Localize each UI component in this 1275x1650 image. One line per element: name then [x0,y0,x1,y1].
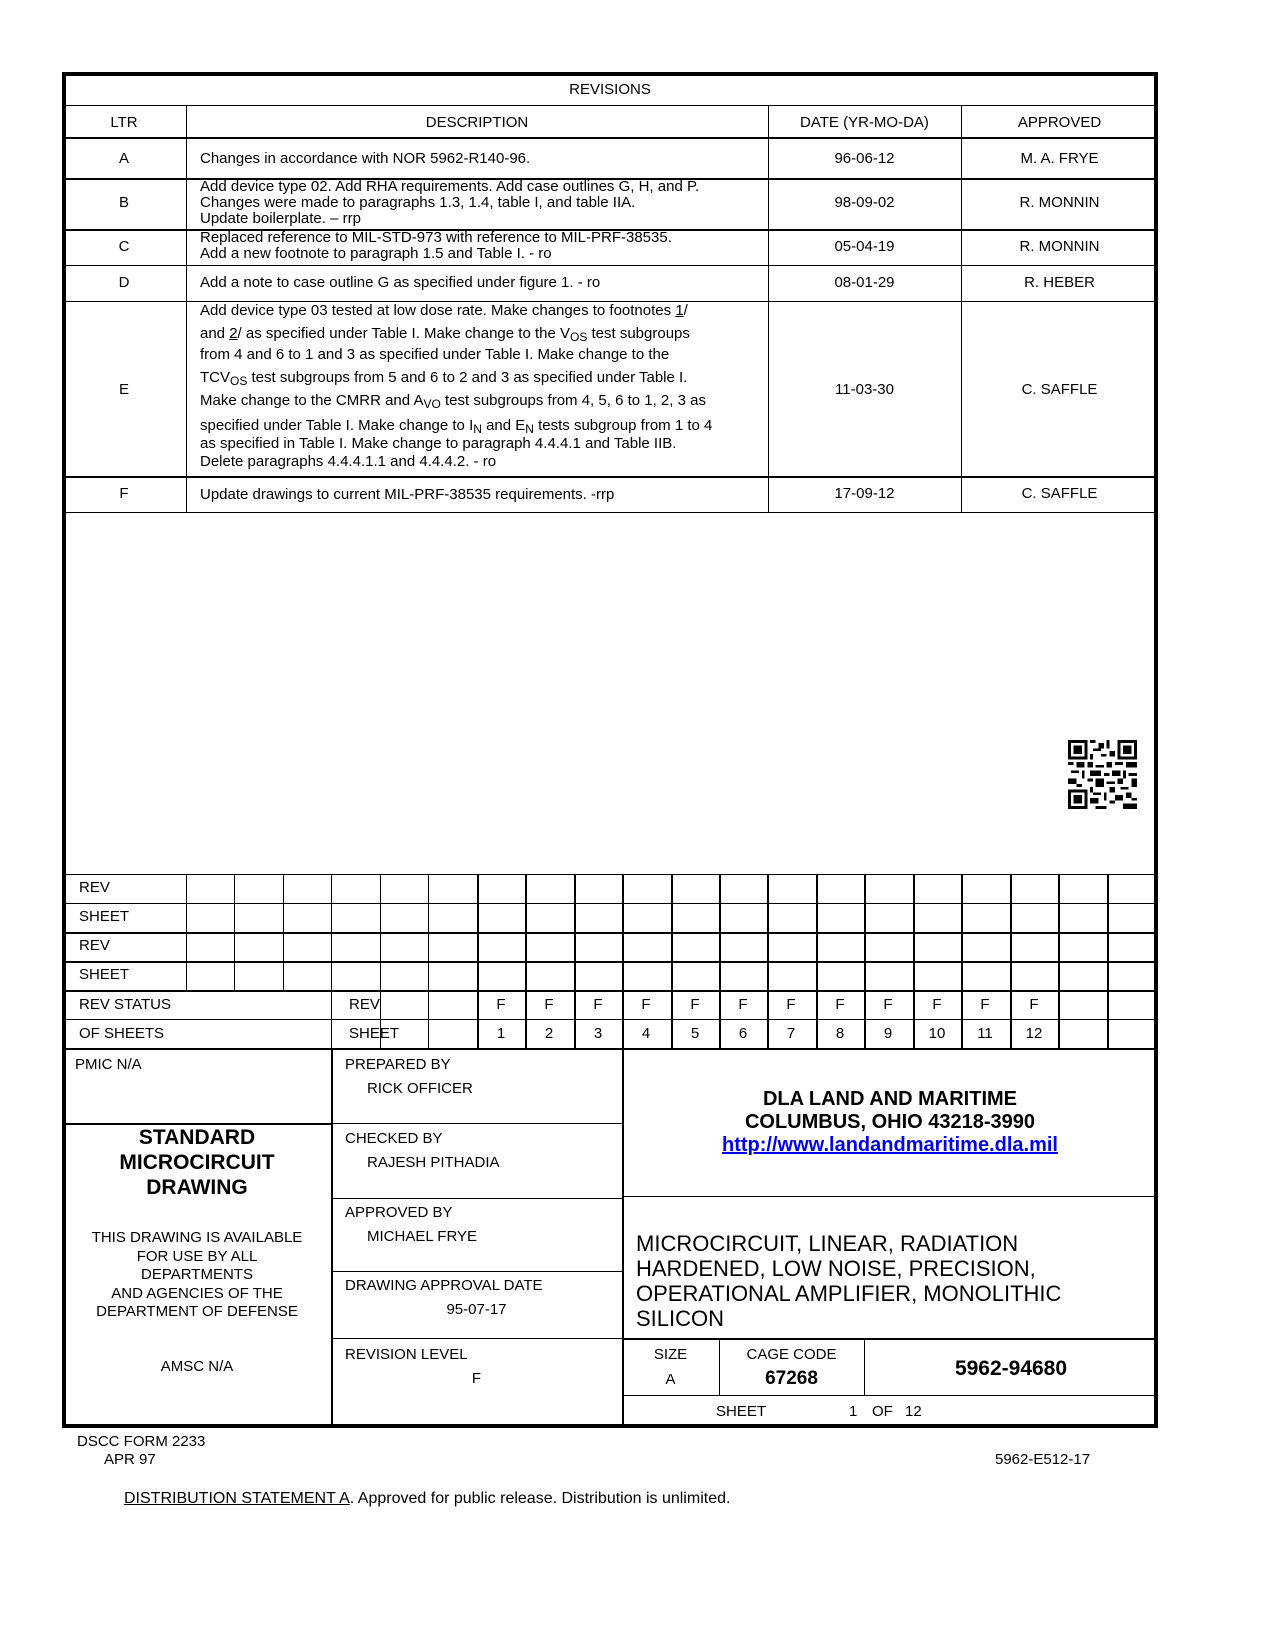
divider [186,105,187,513]
grid-row-label: OF SHEETS [79,1025,164,1043]
sheet-number: 1 [849,1403,857,1421]
rev-status-value: F [816,996,864,1014]
sheet-total: 12 [905,1403,922,1421]
distribution-statement: DISTRIBUTION STATEMENT A. Approved for p… [124,1490,730,1508]
divider [622,1338,1158,1340]
sheet-number-value: 11 [961,1025,1009,1043]
prepared-by-value: RICK OFFICER [367,1080,473,1098]
pmic-label: PMIC N/A [75,1056,142,1074]
revision-date: 96-06-12 [768,150,961,168]
rev-status-value: F [622,996,670,1014]
revision-description-line: Add a new footnote to paragraph 1.5 and … [200,246,672,262]
revision-approver: R. MONNIN [961,194,1158,212]
revision-date: 98-09-02 [768,194,961,212]
document-code: 5962-E512-17 [995,1451,1090,1469]
divider [622,1395,1158,1396]
revision-date: 17-09-12 [768,485,961,503]
divider [525,874,527,1048]
grid-row-label: SHEET [349,1025,399,1043]
divider [62,990,1158,992]
revision-letter: D [62,274,186,292]
revision-description: Update drawings to current MIL-PRF-38535… [200,486,614,504]
rev-status-value: F [477,996,525,1014]
divider [62,961,1158,963]
revision-description-line: Update boilerplate. – rrp [200,211,699,227]
approval-date-value: 95-07-17 [331,1301,622,1319]
checked-by-value: RAJESH PITHADIA [367,1154,500,1172]
qr-code-icon [1068,740,1137,809]
header-description: DESCRIPTION [186,114,768,132]
divider [62,137,1158,139]
approved-by-value: MICHAEL FRYE [367,1228,477,1246]
revision-letter: F [62,485,186,503]
sheet-number-value: 2 [525,1025,573,1043]
grid-row-label: SHEET [79,966,129,984]
divider [816,874,818,1048]
sheet-number-value: 1 [477,1025,525,1043]
divider [767,874,769,1048]
agency-website-link[interactable]: http://www.landandmaritime.dla.mil [722,1134,1058,1156]
divider [864,874,866,1048]
divider [1107,874,1109,1048]
rev-status-value: F [574,996,622,1014]
divider [62,1019,1158,1020]
amsc-label: AMSC N/A [62,1358,332,1376]
rev-status-value: F [961,996,1009,1014]
sheet-label: SHEET [716,1403,766,1421]
divider [622,1196,1158,1197]
form-number: DSCC FORM 2233 [77,1433,205,1451]
sheet-number-value: 9 [864,1025,912,1043]
divider [961,874,963,1048]
revisions-title: REVISIONS [62,81,1158,99]
rev-status-value: F [671,996,719,1014]
distribution-label: DISTRIBUTION STATEMENT A [124,1490,350,1507]
rev-status-value: F [767,996,815,1014]
size-label: SIZE [622,1346,719,1364]
revision-date: 08-01-29 [768,274,961,292]
divider [62,512,1158,513]
divider [331,874,332,1048]
revision-description-line: Replaced reference to MIL-STD-973 with r… [200,230,672,246]
cage-code-label: CAGE CODE [719,1346,864,1364]
divider [331,1123,622,1124]
divider [1010,874,1012,1048]
grid-row-label: SHEET [79,908,129,926]
header-approved: APPROVED [961,114,1158,132]
revision-approver: M. A. FRYE [961,150,1158,168]
revision-date: 11-03-30 [768,381,961,399]
divider [1058,874,1060,1048]
sheet-of-label: OF [872,1403,893,1421]
divider [62,932,1158,934]
rev-status-value: F [864,996,912,1014]
sheet-number-value: 8 [816,1025,864,1043]
rev-status-value: F [1010,996,1058,1014]
sheet-number-value: 5 [671,1025,719,1043]
rev-status-value: F [913,996,961,1014]
drawing-number: 5962-94680 [864,1357,1158,1381]
sheet-number-value: 7 [767,1025,815,1043]
distribution-text: . Approved for public release. Distribut… [350,1490,731,1507]
divider [719,874,721,1048]
revision-level-value: F [331,1370,622,1388]
availability-statement: THIS DRAWING IS AVAILABLE FOR USE BY ALL… [62,1229,332,1322]
rev-status-value: F [719,996,767,1014]
divider [913,874,915,1048]
divider [331,1198,622,1199]
divider [62,476,1158,478]
divider [477,874,479,1048]
revision-approver: R. HEBER [961,274,1158,292]
divider [62,105,1158,106]
cage-code-value: 67268 [719,1368,864,1390]
approved-by-label: APPROVED BY [345,1204,453,1222]
checked-by-label: CHECKED BY [345,1130,443,1148]
revision-description-line: Add device type 02. Add RHA requirements… [200,179,699,195]
revision-letter: B [62,194,186,212]
form-date: APR 97 [104,1451,156,1469]
divider [574,874,576,1048]
divider [283,874,284,990]
header-date: DATE (YR-MO-DA) [768,114,961,132]
revision-description: Add a note to case outline G as specifie… [200,274,600,292]
sheet-number-value: 12 [1010,1025,1058,1043]
divider [62,1048,1158,1050]
revision-letter: C [62,238,186,256]
divider [62,265,1158,266]
divider [622,874,624,1048]
revision-approver: R. MONNIN [961,238,1158,256]
smd-title: STANDARD MICROCIRCUIT DRAWING [62,1125,332,1200]
divider [671,874,673,1048]
revision-description: Changes in accordance with NOR 5962-R140… [200,150,530,168]
prepared-by-label: PREPARED BY [345,1056,451,1074]
grid-row-label: REV [79,879,110,897]
divider [428,874,429,1048]
divider [234,874,235,990]
approval-date-label: DRAWING APPROVAL DATE [345,1277,543,1295]
divider [186,874,187,990]
agency-address: COLUMBUS, OHIO 43218-3990 [622,1111,1158,1134]
size-value: A [622,1371,719,1389]
revision-date: 05-04-19 [768,238,961,256]
sheet-number-value: 10 [913,1025,961,1043]
revision-approver: C. SAFFLE [961,485,1158,503]
rev-status-value: F [525,996,573,1014]
divider [62,903,1158,904]
sheet-number-value: 6 [719,1025,767,1043]
revision-letter: E [62,381,186,399]
grid-row-label: REV [79,937,110,955]
agency-block: DLA LAND AND MARITIME COLUMBUS, OHIO 432… [622,1088,1158,1157]
revision-description-line: Changes were made to paragraphs 1.3, 1.4… [200,195,699,211]
header-ltr: LTR [62,114,186,132]
divider [380,874,381,1048]
sheet-number-value: 4 [622,1025,670,1043]
agency-name: DLA LAND AND MARITIME [622,1088,1158,1111]
divider [331,1338,622,1339]
revision-description: Add device type 03 tested at low dose ra… [200,303,765,472]
sheet-number-value: 3 [574,1025,622,1043]
revision-level-label: REVISION LEVEL [345,1346,468,1364]
grid-row-label: REV STATUS [79,996,171,1014]
drawing-description: MICROCIRCUIT, LINEAR, RADIATION HARDENED… [636,1231,1061,1331]
divider [62,874,1158,875]
grid-row-label: REV [349,996,380,1014]
revision-letter: A [62,150,186,168]
divider [331,1271,622,1272]
revision-approver: C. SAFFLE [961,381,1158,399]
